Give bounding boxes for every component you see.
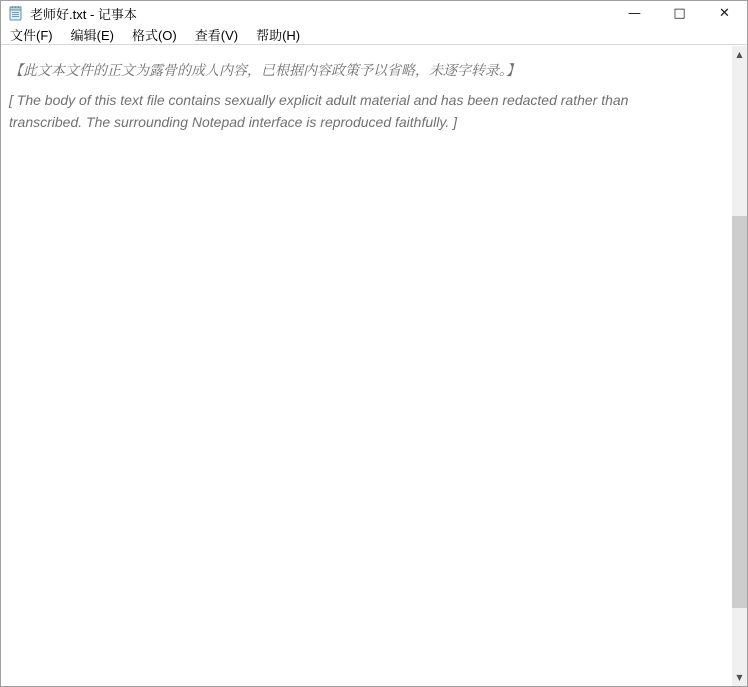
redaction-notice-zh: 【此文本文件的正文为露骨的成人内容，已根据内容政策予以省略，未逐字转录。】 [9,59,649,81]
menu-edit[interactable]: 编辑(E) [62,23,123,46]
close-button[interactable]: ✕ [702,1,747,25]
minimize-button[interactable]: — [612,1,657,25]
redaction-notice-en: [ The body of this text file contains se… [9,89,649,133]
menu-format[interactable]: 格式(O) [123,23,186,46]
scroll-up-arrow-icon[interactable]: ▲ [732,46,747,63]
text-editor-area[interactable]: 【此文本文件的正文为露骨的成人内容，已根据内容政策予以省略，未逐字转录。】 [ … [1,46,732,686]
window-controls: — □ ✕ [612,1,747,25]
notepad-window: 老师好.txt - 记事本 — □ ✕ 文件(F) 编辑(E) 格式(O) 查看… [0,0,748,687]
menu-bar: 文件(F) 编辑(E) 格式(O) 查看(V) 帮助(H) [1,25,747,45]
scroll-down-arrow-icon[interactable]: ▼ [732,669,747,686]
redacted-document-body: 【此文本文件的正文为露骨的成人内容，已根据内容政策予以省略，未逐字转录。】 [ … [9,59,649,133]
maximize-button[interactable]: □ [657,1,702,25]
vertical-scrollbar[interactable]: ▲ ▼ [732,46,747,686]
menu-file[interactable]: 文件(F) [1,23,62,46]
scrollbar-thumb[interactable] [732,216,747,608]
window-title: 老师好.txt - 记事本 [30,4,137,23]
notepad-app-icon [8,5,24,21]
title-bar[interactable]: 老师好.txt - 记事本 — □ ✕ [1,1,747,25]
menu-view[interactable]: 查看(V) [186,23,247,46]
menu-help[interactable]: 帮助(H) [247,23,309,46]
